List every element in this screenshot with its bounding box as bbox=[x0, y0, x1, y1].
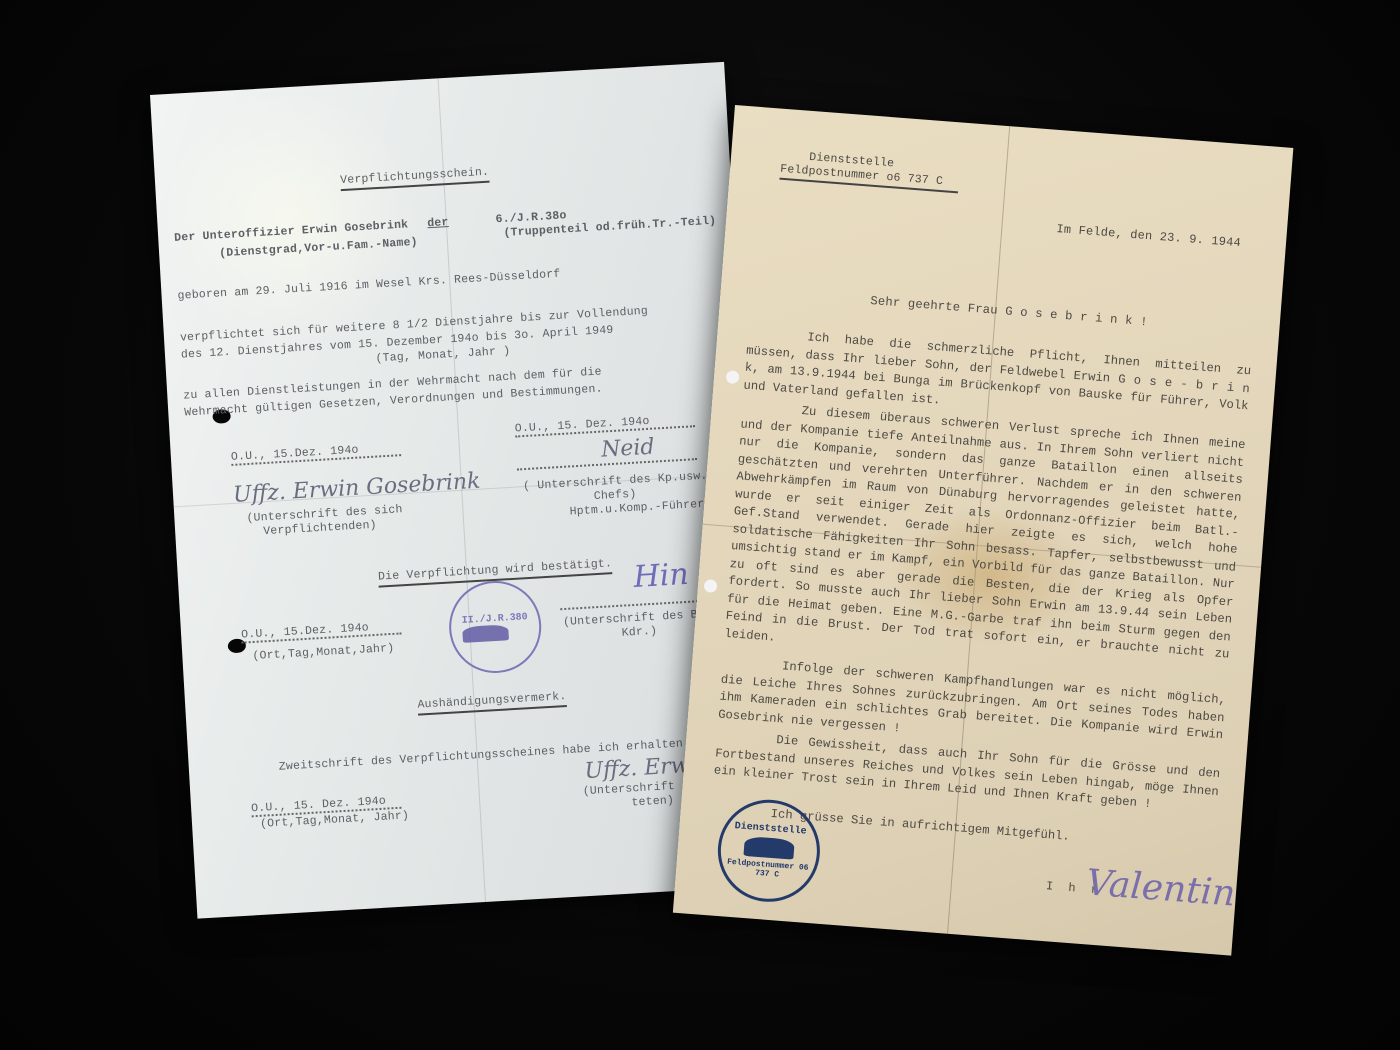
punch-hole bbox=[704, 579, 718, 593]
paragraph-2: Zu diesem überaus schweren Verlust sprec… bbox=[724, 398, 1246, 681]
company-signature-caption-3: Hptm.u.Komp.-Führer bbox=[569, 498, 704, 519]
officer-signature: Valentin bbox=[1085, 862, 1237, 914]
confirmation-date: O.U., 15.Dez. 194o bbox=[241, 619, 402, 643]
letter-date: Im Felde, den 23. 9. 1944 bbox=[1056, 222, 1242, 250]
stamp-bottom-text: Feldpostnummer 06 737 C bbox=[719, 857, 816, 882]
paragraph-text: Ich habe die schmerzliche Pflicht, Ihnen… bbox=[743, 330, 1252, 413]
enlistment-certificate: Verpflichtungsschein. Der Unteroffizier … bbox=[150, 62, 772, 919]
eagle-icon bbox=[462, 624, 509, 643]
soldier-signature: Uffz. Erwin Gosebrink bbox=[232, 469, 481, 508]
birth-line: geboren am 29. Juli 1916 im Wesel Krs. R… bbox=[177, 268, 561, 303]
unit-stamp: II./J.R.380 bbox=[447, 578, 544, 675]
place-date-right: O.U., 15. Dez. 194o bbox=[514, 412, 695, 437]
stamp-top-text: Dienststelle bbox=[722, 820, 819, 838]
confirmation-date-caption: (Ort,Tag,Monat,Jahr) bbox=[252, 642, 395, 663]
paragraph-text: Zu diesem überaus schweren Verlust sprec… bbox=[724, 404, 1246, 661]
condolence-letter: Dienststelle Feldpostnummer o6 737 C Im … bbox=[673, 105, 1293, 956]
battalion-signature-caption-2: Kdr.) bbox=[621, 625, 657, 640]
salutation: Sehr geehrte Frau G o s e b r i n k ! bbox=[870, 294, 1148, 329]
place-date-left: O.U., 15.Dez. 194o bbox=[231, 441, 402, 466]
battalion-signature: Hin bbox=[633, 557, 690, 595]
document-title: Verpflichtungsschein. bbox=[340, 166, 490, 192]
article: der bbox=[427, 216, 449, 230]
company-signature-caption-2: Chefs) bbox=[593, 488, 636, 503]
eagle-icon bbox=[743, 835, 794, 859]
punch-hole bbox=[726, 370, 740, 384]
handover-signature-caption-2: teten) bbox=[631, 794, 674, 809]
stamp-text: II./J.R.380 bbox=[461, 612, 528, 627]
handover-heading: Aushändigungsvermerk. bbox=[417, 690, 567, 716]
